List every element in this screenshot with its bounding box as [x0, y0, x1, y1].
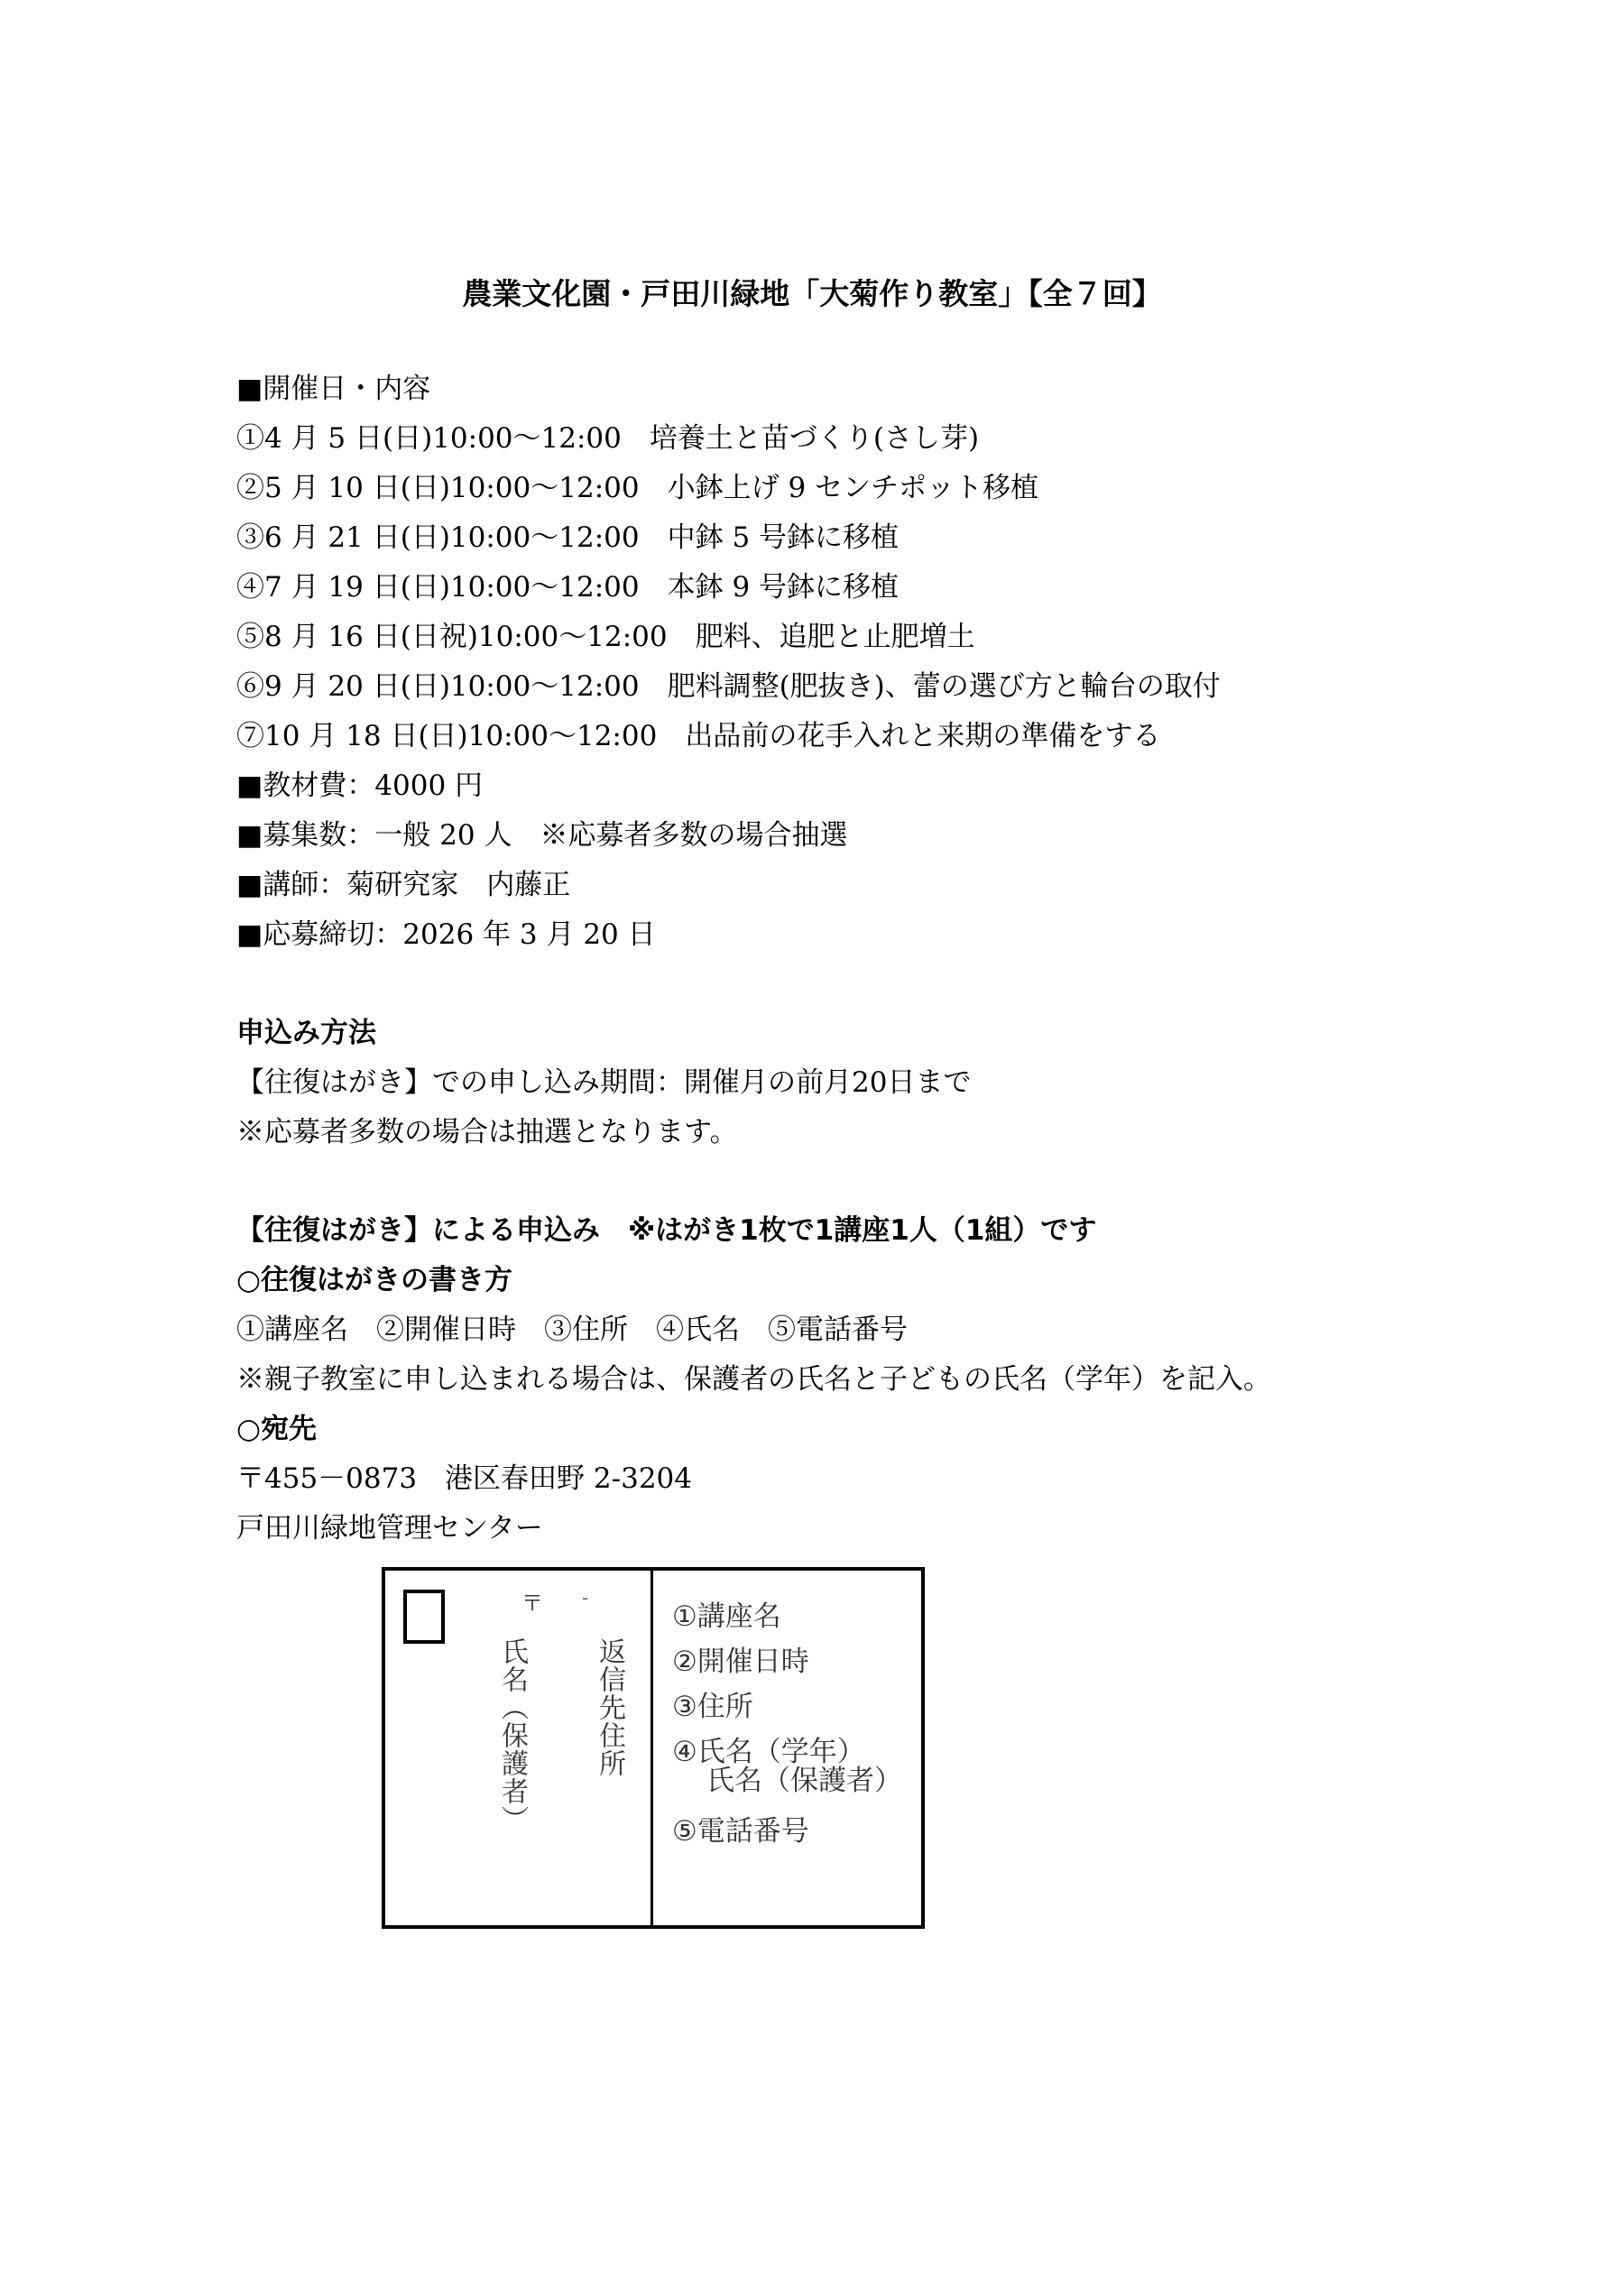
address-heading: ○宛先 [236, 1411, 317, 1447]
session-item-1: ①4 月 5 日(日)10:00～12:00 培養土と苗づくり(さし芽) [236, 420, 979, 456]
postcard-items-list: ①講座名 ②開催日時 ③住所 ④氏名（学年） 氏名（保護者） ⑤電話番号 [672, 1594, 902, 1854]
application-deadline: ■応募締切：2026 年 3 月 20 日 [236, 917, 656, 953]
session-item-3: ③6 月 21 日(日)10:00～12:00 中鉢 5 号鉢に移植 [236, 520, 899, 556]
capacity: ■募集数：一般 20 人 ※応募者多数の場合抽選 [236, 817, 847, 853]
postcard-application-heading: 【往復はがき】による申込み ※はがき1枚で1講座1人（1組）です [236, 1213, 1096, 1249]
guardian-name-label: 氏名（保護者） [495, 1637, 528, 1833]
document-title: 農業文化園・戸田川緑地「大菊作り教室」【全７回】 [0, 274, 1624, 314]
postcard-item-datetime: ②開催日時 [672, 1639, 902, 1684]
return-address-label: 返信先住所 [593, 1637, 625, 1777]
address-line: 〒455－0873 港区春田野 2-3204 [236, 1461, 692, 1497]
session-item-4: ④7 月 19 日(日)10:00～12:00 本鉢 9 号鉢に移植 [236, 569, 899, 605]
howto-heading: ○往復はがきの書き方 [236, 1262, 512, 1298]
postcard-item-phone: ⑤電話番号 [672, 1809, 902, 1854]
schedule-heading: ■開催日・内容 [236, 371, 430, 407]
material-fee: ■教材費：4000 円 [236, 768, 483, 804]
postcard-item-course: ①講座名 [672, 1594, 902, 1639]
session-item-7: ⑦10 月 18 日(日)10:00～12:00 出品前の花手入れと来期の準備を… [236, 718, 1160, 754]
document-page: 農業文化園・戸田川緑地「大菊作り教室」【全７回】 ■開催日・内容 ①4 月 5 … [0, 0, 1624, 2296]
session-item-5: ⑤8 月 16 日(日祝)10:00～12:00 肥料、追肥と止肥増土 [236, 619, 975, 655]
parent-child-note: ※親子教室に申し込まれる場合は、保護者の氏名と子どもの氏名（学年）を記入。 [236, 1361, 1271, 1397]
postcard-item-name-guardian: 氏名（保護者） [672, 1764, 902, 1798]
postcard-diagram: 〒 - 返信先住所 氏名（保護者） ①講座名 ②開催日時 ③住所 ④氏名（学年）… [382, 1567, 925, 1929]
address-name: 戸田川緑地管理センター [236, 1510, 543, 1546]
application-period: 【往復はがき】での申し込み期間：開催月の前月20日まで [236, 1065, 971, 1101]
instructor: ■講師：菊研究家 内藤正 [236, 867, 570, 903]
postcard-divider [651, 1571, 653, 1925]
session-item-2: ②5 月 10 日(日)10:00～12:00 小鉢上げ 9 センチポット移植 [236, 470, 1038, 506]
postal-mark-icon: 〒 [521, 1585, 543, 1617]
postcode-box [403, 1590, 445, 1644]
lottery-note: ※応募者多数の場合は抽選となります。 [236, 1114, 738, 1150]
application-method-heading: 申込み方法 [236, 1015, 376, 1051]
session-item-6: ⑥9 月 20 日(日)10:00～12:00 肥料調整(肥抜き)、蕾の選び方と… [236, 669, 1221, 705]
howto-items: ①講座名 ②開催日時 ③住所 ④氏名 ⑤電話番号 [236, 1312, 908, 1348]
postcard-item-address: ③住所 [672, 1684, 902, 1729]
postal-dash: - [582, 1587, 588, 1609]
